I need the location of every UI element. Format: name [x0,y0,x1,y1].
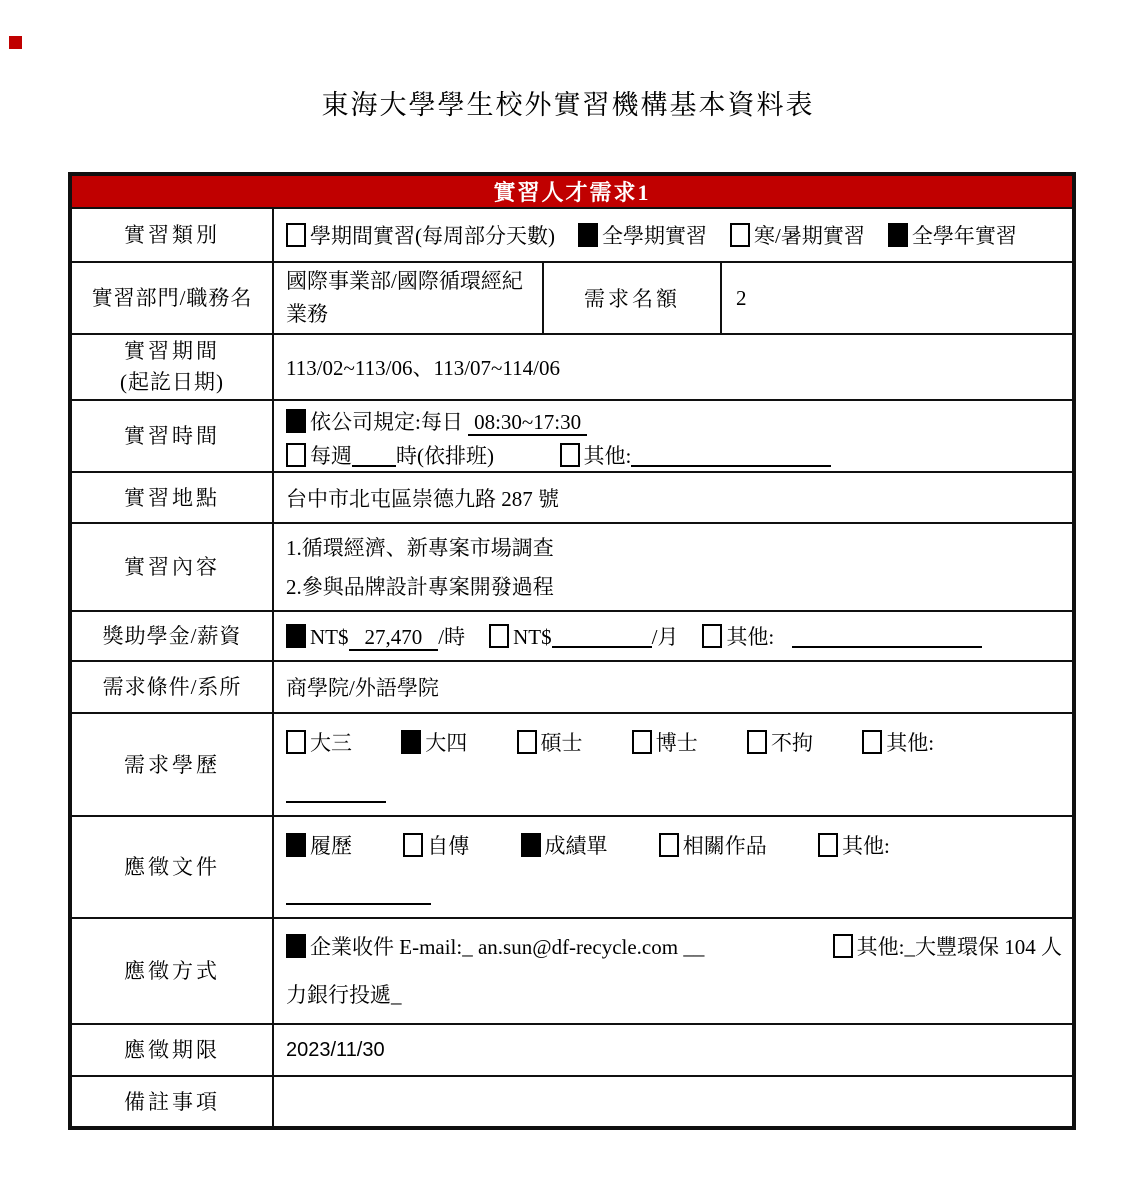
checkbox-salary-monthly-icon [489,624,509,648]
option-transcript: 成績單 [521,834,608,858]
content-value: 1.循環經濟、新專案市場調查 2.參與品牌設計專案開發過程 [274,524,1072,610]
row-education: 需求學歷 大三 大四 碩士 博士 不拘 其他: [72,712,1072,815]
checkbox-doc-other-icon [818,833,838,857]
apply-email-label: 企業收件 E-mail: [310,935,462,959]
option-label: 不拘 [771,731,813,755]
option-label: 大四 [425,731,467,755]
checkbox-full-year-icon [888,223,908,247]
row-label: 應徵文件 [72,817,274,917]
weekly-hours-blank [352,441,396,467]
checkbox-apply-other-icon [833,934,853,958]
option-any: 不拘 [747,731,813,755]
row-internship-type: 實習類別 學期間實習(每周部分天數) 全學期實習 寒/暑期實習 全學年實習 [72,207,1072,261]
row-hours: 實習時間 依公司規定:每日 08:30~17:30 每週時(依排班) 其他: [72,399,1072,471]
monthly-unit: /月 [652,625,679,649]
checkbox-senior-icon [401,730,421,754]
monthly-amount-blank [552,622,652,648]
salary-monthly: NT$/月 [489,621,678,651]
row-salary: 獎助學金/薪資 NT$27,470/時 NT$/月 其他: [72,610,1072,660]
row-department: 實習部門/職務名 國際事業部/國際循環經紀業務 需求名額 2 [72,261,1072,333]
daily-time-value: 08:30~17:30 [468,410,587,436]
option-semester-partial: 學期間實習(每周部分天數) [286,220,555,250]
row-label: 獎助學金/薪資 [72,612,274,660]
option-junior: 大三 [286,731,352,755]
apply-method-line-1: 企業收件 E-mail:_ an.sun@df-recycle.com __ 其… [286,928,1062,966]
option-label: 大三 [310,731,352,755]
documents-other-blank [286,879,431,905]
row-notes: 備註事項 [72,1075,1072,1126]
checkbox-salary-other-icon [702,624,722,648]
documents-other-blank-line [286,879,1062,907]
row-label: 應徵期限 [72,1025,274,1075]
checkbox-any-icon [747,730,767,754]
education-options: 大三 大四 碩士 博士 不拘 其他: [286,728,1062,758]
row-label: 實習部門/職務名 [72,263,274,333]
option-label: 自傳 [427,834,469,858]
option-label: 其他: [842,834,890,858]
row-documents: 應徵文件 履歷 自傳 成績單 相關作品 其他: [72,815,1072,917]
content-line-1: 1.循環經濟、新專案市場調查 [286,531,1062,565]
option-label: 全學期實習 [602,224,707,248]
hours-line-weekly-other: 每週時(依排班) 其他: [286,439,1062,473]
checkbox-resume-icon [286,833,306,857]
option-label: 相關作品 [683,834,767,858]
row-label-line1: 實習期間 [124,336,220,367]
salary-other-label: 其他: [726,625,774,649]
option-master: 碩士 [517,731,583,755]
hours-line-company-rule: 依公司規定:每日 08:30~17:30 [286,405,1062,439]
checkbox-semester-partial-icon [286,223,306,247]
weekly-label-after: 時(依排班) [396,444,494,468]
weekly-label-before: 每週 [310,444,352,468]
option-phd: 博士 [632,731,698,755]
checkbox-phd-icon [632,730,652,754]
salary-other: 其他: [702,621,982,651]
monthly-currency: NT$ [513,625,552,649]
option-resume: 履歷 [286,834,352,858]
hours-other-blank [631,441,831,467]
option-portfolio: 相關作品 [659,834,767,858]
apply-other-value-line1: _大豐環保 104 人 [905,935,1063,959]
hours-other-label: 其他: [584,444,632,468]
row-label: 實習地點 [72,473,274,522]
option-autobiography: 自傳 [403,834,469,858]
section-header-row: 實習人才需求1 [72,176,1072,207]
salary-hourly: NT$27,470/時 [286,621,465,651]
option-winter-summer: 寒/暑期實習 [730,220,865,250]
deadline-value: 2023/11/30 [274,1025,1072,1075]
hours-value: 依公司規定:每日 08:30~17:30 每週時(依排班) 其他: [274,401,1072,471]
checkbox-winter-summer-icon [730,223,750,247]
row-location: 實習地點 台中市北屯區崇德九路 287 號 [72,471,1072,522]
option-doc-other: 其他: [818,834,890,858]
option-label: 全學年實習 [912,224,1017,248]
option-label: 博士 [656,731,698,755]
option-label: 其他: [886,731,934,755]
document-page: 東海大學學生校外實習機構基本資料表 實習人才需求1 實習類別 學期間實習(每周部… [0,0,1136,1200]
row-label: 實習時間 [72,401,274,471]
notes-value [274,1077,1072,1126]
checkbox-edu-other-icon [862,730,882,754]
option-senior: 大四 [401,731,467,755]
option-label: 成績單 [545,834,608,858]
checkbox-portfolio-icon [659,833,679,857]
row-period: 實習期間 (起訖日期) 113/02~113/06、113/07~114/06 [72,333,1072,399]
row-label: 實習內容 [72,524,274,610]
documents-value: 履歷 自傳 成績單 相關作品 其他: [274,817,1072,917]
row-deadline: 應徵期限 2023/11/30 [72,1023,1072,1075]
checkbox-company-rule-icon [286,409,306,433]
checkbox-hours-other-icon [560,443,580,467]
row-label: 需求學歷 [72,714,274,815]
department-value: 國際事業部/國際循環經紀業務 [274,263,544,333]
location-value: 台中市北屯區崇德九路 287 號 [274,473,1072,522]
checkbox-salary-hourly-icon [286,624,306,648]
salary-value: NT$27,470/時 NT$/月 其他: [274,612,1072,660]
checkbox-junior-icon [286,730,306,754]
option-label: 履歷 [310,834,352,858]
quota-label: 需求名額 [544,263,722,333]
apply-email-value: _ an.sun@df-recycle.com __ [462,935,704,959]
option-full-year: 全學年實習 [888,220,1017,250]
checkbox-weekly-icon [286,443,306,467]
internship-type-options: 學期間實習(每周部分天數) 全學期實習 寒/暑期實習 全學年實習 [274,209,1072,261]
education-other-blank [286,777,386,803]
option-label: 學期間實習(每周部分天數) [310,224,555,248]
section-header-title: 實習人才需求1 [493,176,650,207]
period-value: 113/02~113/06、113/07~114/06 [274,335,1072,399]
company-rule-label: 依公司規定:每日 [310,410,463,434]
checkbox-transcript-icon [521,833,541,857]
row-apply-method: 應徵方式 企業收件 E-mail:_ an.sun@df-recycle.com… [72,917,1072,1023]
red-corner-mark [9,36,22,49]
page-title: 東海大學學生校外實習機構基本資料表 [0,83,1136,122]
row-label: 應徵方式 [72,919,274,1023]
option-label: 寒/暑期實習 [754,224,865,248]
apply-other-option: 其他:_大豐環保 104 人 [833,928,1062,966]
apply-other-label: 其他: [857,935,905,959]
form-table: 實習人才需求1 實習類別 學期間實習(每周部分天數) 全學期實習 寒/暑期實習 … [68,172,1076,1130]
checkbox-master-icon [517,730,537,754]
education-value: 大三 大四 碩士 博士 不拘 其他: [274,714,1072,815]
row-requirement: 需求條件/系所 商學院/外語學院 [72,660,1072,712]
documents-options: 履歷 自傳 成績單 相關作品 其他: [286,831,1062,861]
salary-other-blank [792,622,982,648]
option-label: 碩士 [541,731,583,755]
row-label: 實習類別 [72,209,274,261]
row-label: 備註事項 [72,1077,274,1126]
quota-value: 2 [722,263,1072,333]
requirement-value: 商學院/外語學院 [274,662,1072,712]
checkbox-company-email-icon [286,934,306,958]
hourly-unit: /時 [438,625,465,649]
row-content: 實習內容 1.循環經濟、新專案市場調查 2.參與品牌設計專案開發過程 [72,522,1072,610]
row-label: 需求條件/系所 [72,662,274,712]
checkbox-autobiography-icon [403,833,423,857]
apply-email-option: 企業收件 E-mail:_ an.sun@df-recycle.com __ [286,928,704,966]
apply-method-line-2: 力銀行投遞_ [286,976,1062,1014]
apply-method-value: 企業收件 E-mail:_ an.sun@df-recycle.com __ 其… [274,919,1072,1023]
hourly-amount: 27,470 [349,625,439,651]
hourly-currency: NT$ [310,625,349,649]
education-other-blank-line [286,777,1062,805]
checkbox-full-semester-icon [578,223,598,247]
option-edu-other: 其他: [862,731,934,755]
row-label-line2: (起訖日期) [120,367,224,398]
option-full-semester: 全學期實習 [578,220,707,250]
content-line-2: 2.參與品牌設計專案開發過程 [286,570,1062,604]
